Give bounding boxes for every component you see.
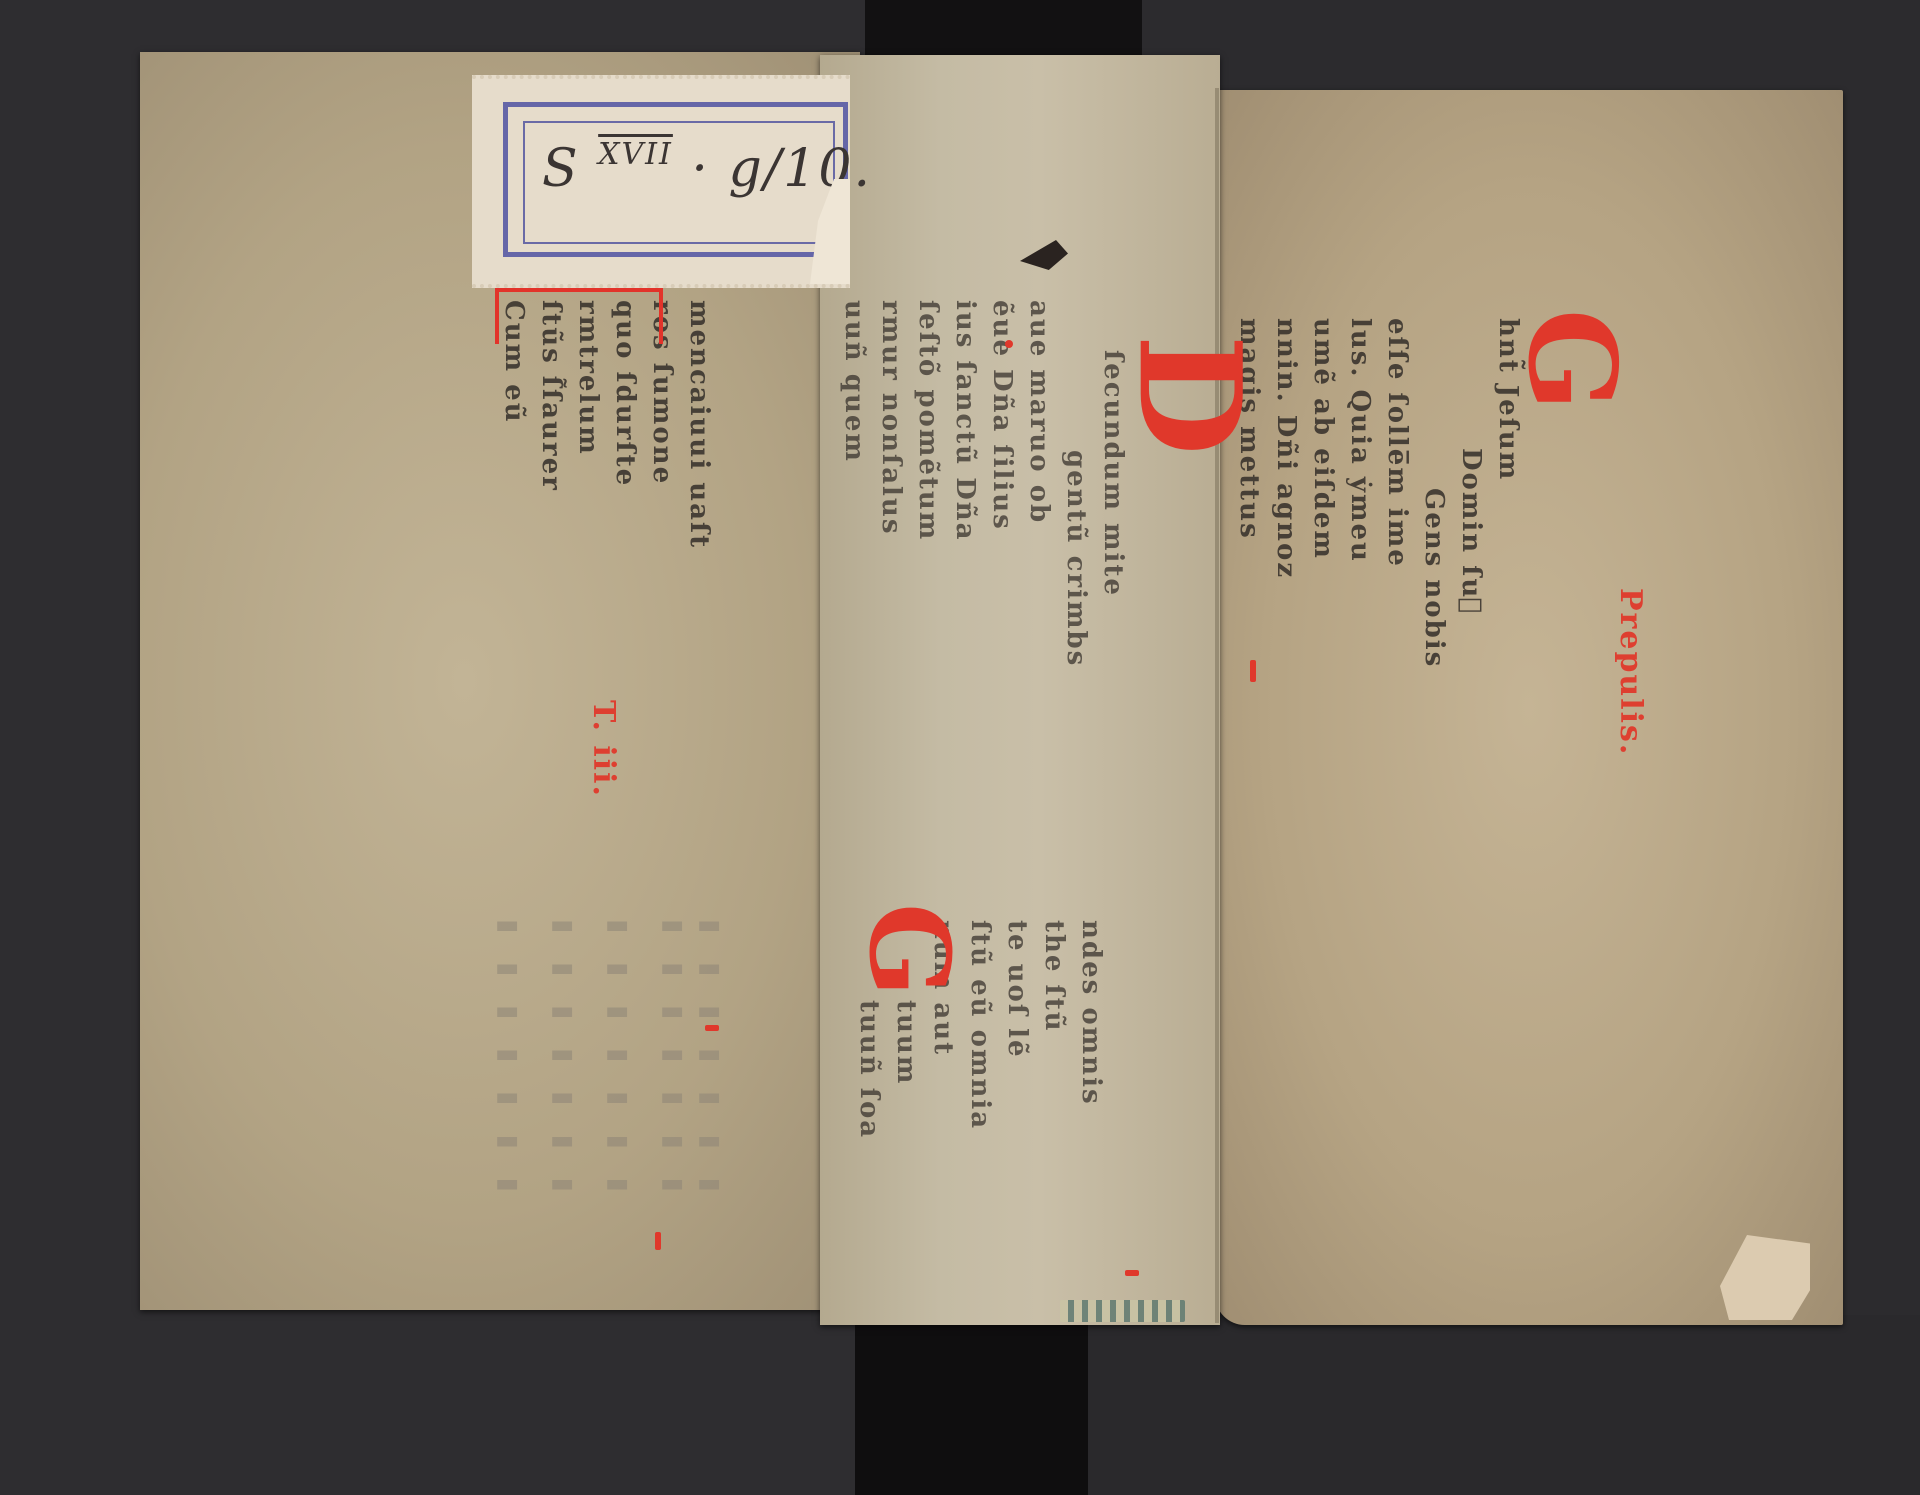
ghost-line: ▬ ▬ ▬ ▬ ▬ ▬ ▬ <box>488 910 525 1240</box>
shelfmark-roman: XVII <box>598 137 673 172</box>
red-rubric-bracket <box>495 280 663 344</box>
shelfmark-label: S XVII · g/10. <box>472 75 850 288</box>
text-block-spine-top: ſecundum mite gentũ crimbs aue maruo ob … <box>835 300 1131 830</box>
red-initial-g-lower: G <box>854 903 964 997</box>
text-line: ſeſtõ pomẽtum <box>909 300 946 770</box>
red-mark <box>1125 1270 1139 1276</box>
text-line: ſtũs ſ̃ſaurer <box>532 300 569 720</box>
text-line: ndes omnis <box>1072 920 1109 1280</box>
rubric-heading: Prepulis. <box>1612 588 1649 818</box>
red-initial-g-top: G <box>1511 309 1631 411</box>
red-initial-d-spine: D <box>1119 334 1259 455</box>
text-line: te uoſ lẽ <box>998 920 1035 1280</box>
text-line: Gens nobis <box>1415 488 1452 828</box>
shelfmark-prefix: S <box>542 139 580 199</box>
text-block-left-ghost: ▬ ▬ ▬ ▬ ▬ ▬ ▬ ▬ ▬ ▬ ▬ ▬ ▬ ▬ ▬ ▬ ▬ ▬ ▬ ▬ … <box>470 910 727 1240</box>
ghost-line: ▬ ▬ ▬ ▬ ▬ ▬ ▬ <box>598 910 635 1240</box>
text-line: Domin ſuᷣ <box>1452 448 1489 778</box>
text-line: rmtrelum <box>569 300 606 720</box>
text-line: umẽ ab eiſdem <box>1304 318 1341 758</box>
text-line: rmur nonſalus <box>872 300 909 770</box>
text-line: tuum <box>887 1000 924 1280</box>
text-line: nnin. Dñi agnoz <box>1267 318 1304 758</box>
rubric-chapter: T. iii. <box>585 700 622 810</box>
text-block-right-top: hnt̃ Jeſum Domin ſuᷣ Gens nobis eſſe ſol… <box>1230 318 1526 798</box>
text-line: tuuñ ſoa <box>850 1000 887 1280</box>
text-line: gentũ crimbs <box>1057 450 1094 830</box>
red-mark <box>655 1232 661 1250</box>
text-line: aue maruo ob <box>1020 300 1057 770</box>
text-line: ẽue Dña ſilius <box>983 300 1020 770</box>
text-line: Cum eũ <box>495 300 532 720</box>
ghost-line: ▬ ▬ ▬ ▬ ▬ ▬ ▬ <box>690 910 727 1240</box>
red-mark <box>705 1025 719 1031</box>
red-mark <box>1250 660 1256 682</box>
spine-fold-line <box>1215 88 1219 1323</box>
ghost-line: ▬ ▬ ▬ ▬ ▬ ▬ ▬ <box>653 910 690 1240</box>
text-line: uuñ quem <box>835 300 872 770</box>
backdrop-dark-strip-bottom <box>855 1315 1088 1495</box>
text-line: ius ſanctũ Dña <box>946 300 983 770</box>
spine-sewing-thread <box>1060 1300 1185 1322</box>
text-line: the ſtũ <box>1035 920 1072 1280</box>
shelfmark-text: S XVII · g/10. <box>542 137 872 199</box>
text-line: lus. Quia ẏmeu <box>1341 318 1378 758</box>
text-line: eſſe ſolle̅m ime <box>1378 318 1415 758</box>
backdrop-bottom-right <box>1088 1315 1920 1495</box>
text-line: ros ſumone <box>643 300 680 720</box>
text-line: mencaiuui uaſt <box>680 300 717 800</box>
text-line: quo ſdurſte <box>606 300 643 720</box>
red-mark <box>1005 340 1013 348</box>
ghost-line: ▬ ▬ ▬ ▬ ▬ ▬ ▬ <box>543 910 580 1240</box>
